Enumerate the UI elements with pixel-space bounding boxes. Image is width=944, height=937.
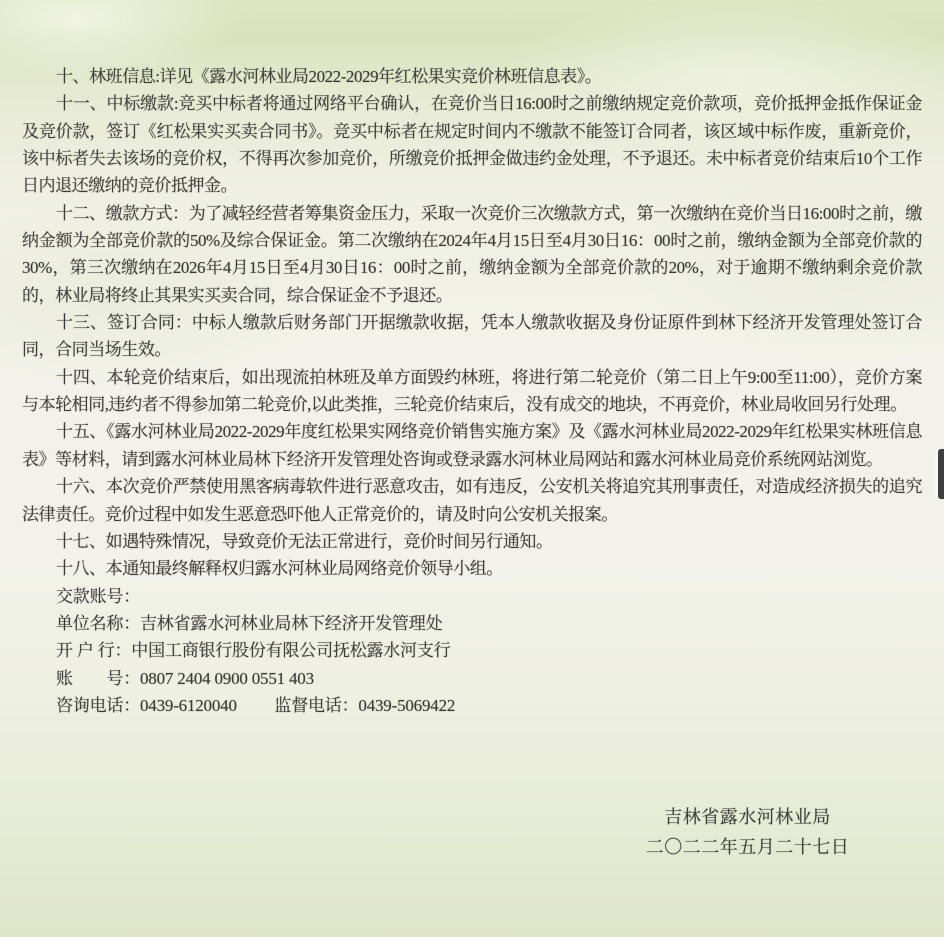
account-bank: 开 户 行：中国工商银行股份有限公司抚松露水河支行 xyxy=(22,637,922,664)
paragraph-11-winning-payment: 十一、中标缴款:竞买中标者将通过网络平台确认，在竞价当日16:00时之前缴纳规定… xyxy=(22,90,922,199)
signature-organization: 吉林省露水河林业局 xyxy=(555,803,940,833)
paragraph-12-payment-method: 十二、缴款方式：为了减轻经营者筹集资金压力，采取一次竞价三次缴款方式，第一次缴纳… xyxy=(22,200,922,309)
account-unit-name: 单位名称：吉林省露水河林业局林下经济开发管理处 xyxy=(22,610,922,637)
scrollbar-thumb[interactable] xyxy=(938,449,944,499)
notice-page: 十、林班信息:详见《露水河林业局2022-2029年红松果实竞价林班信息表》。 … xyxy=(0,0,944,937)
paragraph-17-special-cases: 十七、如遇特殊情况，导致竞价无法正常进行，竞价时间另行通知。 xyxy=(22,528,922,555)
paragraph-15-materials: 十五、《露水河林业局2022-2029年度红松果实网络竞价销售实施方案》及《露水… xyxy=(22,418,922,473)
signature-block: 吉林省露水河林业局 二〇二二年五月二十七日 xyxy=(555,803,940,862)
signature-date: 二〇二二年五月二十七日 xyxy=(555,833,940,863)
contact-phones: 咨询电话：0439-6120040 监督电话：0439-5069422 xyxy=(22,692,922,719)
paragraph-14-second-round: 十四、本轮竞价结束后，如出现流拍林班及单方面毁约林班，将进行第二轮竞价（第二日上… xyxy=(22,364,922,419)
paragraph-16-hacking-prohibited: 十六、本次竞价严禁使用黑客病毒软件进行恶意攻击，如有违反，公安机关将追究其刑事责… xyxy=(22,473,922,528)
paragraph-18-interpretation-right: 十八、本通知最终解释权归露水河林业局网络竞价领导小组。 xyxy=(22,555,922,582)
account-header: 交款账号： xyxy=(22,583,922,610)
notice-body: 十、林班信息:详见《露水河林业局2022-2029年红松果实竞价林班信息表》。 … xyxy=(22,63,922,719)
paragraph-13-contract-signing: 十三、签订合同：中标人缴款后财务部门开据缴款收据，凭本人缴款收据及身份证原件到林… xyxy=(22,309,922,364)
paragraph-10-forest-block-info: 十、林班信息:详见《露水河林业局2022-2029年红松果实竞价林班信息表》。 xyxy=(22,63,922,90)
account-number: 账 号：0807 2404 0900 0551 403 xyxy=(22,665,922,692)
